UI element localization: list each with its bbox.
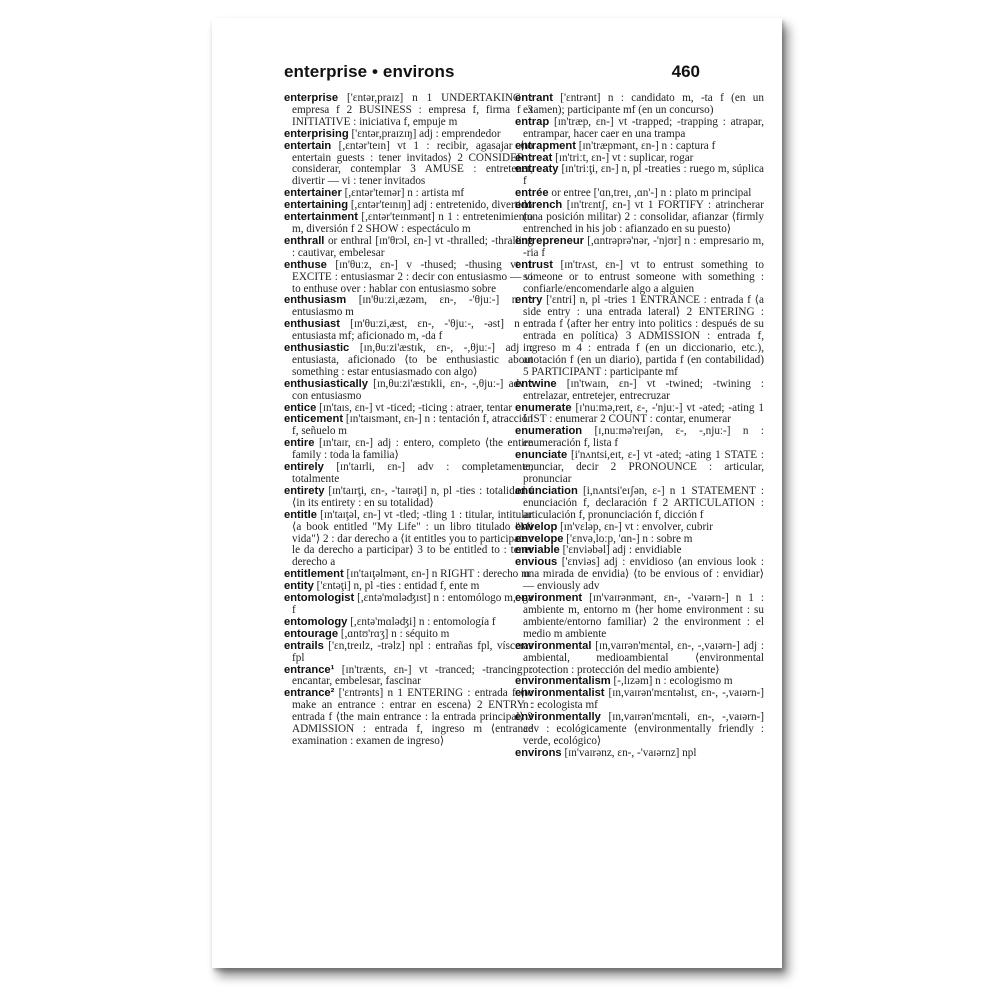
headword: environs (515, 747, 562, 759)
dictionary-entry: entitle [ɪn'taɪţəl, ɛn-] vt -tled; -tlin… (284, 510, 533, 570)
headword: entreaty (515, 163, 559, 175)
dictionary-entry: entreaty [ɪn'triːţi, ɛn-] n, pl -treatie… (515, 164, 764, 188)
headword: entry (515, 294, 542, 306)
headword: enthusiastically (284, 378, 368, 390)
headword: enthusiastic (284, 342, 349, 354)
dictionary-entry: entirely [ɪn'taɪrli, ɛn-] adv : completa… (284, 462, 533, 486)
entry-definition: ['ɛnviəs] adj : envidioso ⟨an envious lo… (523, 556, 764, 592)
page-number: 460 (672, 62, 700, 82)
entry-definition: ['ɛn,treɪlz, -trəlz] npl : entrañas fpl,… (292, 640, 533, 664)
headword: entrant (515, 92, 553, 104)
headword: environmentally (515, 711, 601, 723)
entry-definition: [ɪn'taɪrţi, ɛn-, -'taɪrəţi] n, pl -ties … (292, 485, 533, 509)
right-column: entrant ['ɛntrənt] n : candidato m, -ta … (515, 93, 764, 760)
dictionary-entry: entrap [ɪn'træp, ɛn-] vt -trapped; -trap… (515, 117, 764, 141)
headword: enterprising (284, 128, 349, 140)
entry-definition: [ɪn'vaɪrənz, ɛn-, -'vaɪərnz] npl (562, 747, 697, 759)
dictionary-entry: enumerate [ɪ'nuːmə,reɪt, ɛ-, -'njuː-] vt… (515, 403, 764, 427)
headword: environmentalist (515, 687, 605, 699)
headword: entrapment (515, 140, 576, 152)
dictionary-entry: environment [ɪn'vaɪrənmənt, ɛn-, -'vaɪər… (515, 593, 764, 641)
entry-definition: [,ɑntʊ'rɑʒ] n : séquito m (338, 628, 449, 640)
dictionary-entry: entwine [ɪn'twaɪn, ɛn-] vt -twined; -twi… (515, 379, 764, 403)
dictionary-entry: enterprise ['ɛntər,praɪz] n 1 UNDERTAKIN… (284, 93, 533, 129)
entry-definition: [ɪn'taɪţəlmənt, ɛn-] n RIGHT : derecho m (344, 568, 530, 580)
entry-definition: [,ɛntər'teɪnɪŋ] adj : entretenido, diver… (348, 199, 532, 211)
headword: environment (515, 592, 582, 604)
headword: enthusiast (284, 318, 340, 330)
dictionary-entry: enumeration [ɪ,nuːmə'reɪʃən, ɛ-, -,njuː-… (515, 426, 764, 450)
headword: entrails (284, 640, 324, 652)
headword: entertainment (284, 211, 358, 223)
headword: entrée (515, 187, 549, 199)
entry-definition: or enthral [ɪn'θrɔl, ɛn-] vt -thralled; … (292, 235, 533, 259)
dictionary-entry: enthusiastically [ɪn,θuːzi'æstɪkli, ɛn-,… (284, 379, 533, 403)
dictionary-entry: entrance¹ [ɪn'trænts, ɛn-] vt -tranced; … (284, 665, 533, 689)
dictionary-entry: entrust [ɪn'trʌst, ɛn-] vt to entrust so… (515, 260, 764, 296)
dictionary-entry: entertain [,ɛntər'teɪn] vt 1 : recibir, … (284, 141, 533, 189)
entry-definition: ['ɛntəţi] n, pl -ties : entidad f, ente … (314, 580, 479, 592)
headword: enumerate (515, 402, 572, 414)
dictionary-entry: entirety [ɪn'taɪrţi, ɛn-, -'taɪrəţi] n, … (284, 486, 533, 510)
dictionary-entry: entrant ['ɛntrənt] n : candidato m, -ta … (515, 93, 764, 117)
headword: enthrall (284, 235, 324, 247)
headword: entertainer (284, 187, 342, 199)
entry-definition: [ɪn'triːt, ɛn-] vt : suplicar, rogar (552, 152, 693, 164)
headword: envelope (515, 533, 564, 545)
entry-definition: [ɪn'taɪs, ɛn-] vt -ticed; -ticing : atra… (316, 402, 512, 414)
headword: entrance² (284, 687, 334, 699)
headword: entourage (284, 628, 338, 640)
left-column: enterprise ['ɛntər,praɪz] n 1 UNDERTAKIN… (284, 93, 533, 748)
headword: entrepreneur (515, 235, 584, 247)
dictionary-entry: entrepreneur [,ɑntrəprə'nər, -'njʊr] n :… (515, 236, 764, 260)
dictionary-entry: entire [ɪn'taɪr, ɛn-] adj : entero, comp… (284, 438, 533, 462)
entry-definition: ['ɛntri] n, pl -tries 1 ENTRANCE : entra… (523, 294, 764, 377)
dictionary-entry: enthusiastic [ɪn,θuːzi'æstɪk, ɛn-, -,θju… (284, 343, 533, 379)
entry-definition: ['ɛntrənt] n : candidato m, -ta f (en un… (523, 92, 764, 116)
headword: entrap (515, 116, 549, 128)
headword: environmentalism (515, 675, 611, 687)
headword: enunciation (515, 485, 578, 497)
entry-definition: [,ɛntər'teɪnər] n : artista mf (342, 187, 464, 199)
entry-definition: [ɪn'taɪţəl, ɛn-] vt -tled; -tling 1 : ti… (292, 509, 533, 569)
entry-definition: [ɪn'taɪr, ɛn-] adj : entero, completo ⟨t… (292, 437, 533, 461)
dictionary-entry: enthuse [ɪn'θuːz, ɛn-] v -thused; -thusi… (284, 260, 533, 296)
dictionary-entry: environmental [ɪn,vaɪrən'mɛntəl, ɛn-, -,… (515, 641, 764, 677)
dictionary-entry: enthusiasm [ɪn'θuːzi,æzəm, ɛn-, -'θjuː-]… (284, 295, 533, 319)
headword: entreat (515, 152, 552, 164)
headword: enviable (515, 544, 560, 556)
headword: entomology (284, 616, 347, 628)
headword: entwine (515, 378, 557, 390)
entry-definition: [ɪn'twaɪn, ɛn-] vt -twined; -twining : e… (523, 378, 764, 402)
headword: enumeration (515, 425, 582, 437)
dictionary-entry: environs [ɪn'vaɪrənz, ɛn-, -'vaɪərnz] np… (515, 748, 764, 760)
entry-definition: [ɪn'trʌst, ɛn-] vt to entrust something … (523, 259, 764, 295)
entry-definition: [ɪn'taɪrli, ɛn-] adv : completamente, to… (292, 461, 533, 485)
headword: entitlement (284, 568, 344, 580)
headword: entire (284, 437, 314, 449)
dictionary-entry: environmentally [ɪn,vaɪrən'mɛntəli, ɛn-,… (515, 712, 764, 748)
dictionary-entry: entrance² ['ɛntrənts] n 1 ENTERING : ent… (284, 688, 533, 748)
headword: envious (515, 556, 557, 568)
dictionary-entry: entry ['ɛntri] n, pl -tries 1 ENTRANCE :… (515, 295, 764, 378)
entry-definition: [ɪn'træpmənt, ɛn-] n : captura f (576, 140, 715, 152)
entry-definition: [ɪn'triːţi, ɛn-] n, pl -treaties : ruego… (523, 163, 764, 187)
headword: entitle (284, 509, 317, 521)
headword: entrance¹ (284, 664, 334, 676)
headword: entirety (284, 485, 324, 497)
entry-definition: [ɪn'vɛləp, ɛn-] vt : envolver, cubrir (557, 521, 713, 533)
headword: enunciate (515, 449, 567, 461)
guide-words: enterprise • environs (284, 62, 455, 82)
dictionary-entry: enunciate [i'nʌntsi,eɪt, ɛ-] vt -ated; -… (515, 450, 764, 486)
headword: entrust (515, 259, 553, 271)
headword: entrench (515, 199, 562, 211)
headword: enthusiasm (284, 294, 346, 306)
entry-definition: [ɪn'θuːz, ɛn-] v -thused; -thusing vt 1 … (292, 259, 533, 295)
page-header: enterprise • environs 460 (284, 62, 700, 86)
entry-definition: [-,lɪzəm] n : ecologismo m (611, 675, 733, 687)
dictionary-entry: enthrall or enthral [ɪn'θrɔl, ɛn-] vt -t… (284, 236, 533, 260)
dictionary-entry: entrails ['ɛn,treɪlz, -trəlz] npl : entr… (284, 641, 533, 665)
dictionary-entry: enthusiast [ɪn'θuːzi,æst, ɛn-, -'θjuː-, … (284, 319, 533, 343)
entry-definition: ['ɛnvə,loːp, 'ɑn-] n : sobre m (564, 533, 693, 545)
entry-definition: [,ɛntə'mɑləʤi] n : entomología f (347, 616, 495, 628)
headword: entertaining (284, 199, 348, 211)
dictionary-entry: entrench [ɪn'trɛntʃ, ɛn-] vt 1 FORTIFY :… (515, 200, 764, 236)
dictionary-entry: envious ['ɛnviəs] adj : envidioso ⟨an en… (515, 557, 764, 593)
headword: entirely (284, 461, 324, 473)
headword: enthuse (284, 259, 327, 271)
headword: entity (284, 580, 314, 592)
dictionary-page: enterprise • environs 460 enterprise ['ɛ… (212, 18, 782, 968)
dictionary-entry: enunciation [i,nʌntsi'eɪʃən, ɛ-] n 1 STA… (515, 486, 764, 522)
dictionary-entry: entertainment [,ɛntər'teɪnmənt] n 1 : en… (284, 212, 533, 236)
dictionary-entry: entomologist [,ɛntə'mɑləʤɪst] n : entomó… (284, 593, 533, 617)
headword: envelop (515, 521, 557, 533)
entry-definition: or entree ['ɑn,treɪ, ,ɑn'-] n : plato m … (549, 187, 752, 199)
dictionary-entry: enticement [ɪn'taɪsmənt, ɛn-] n : tentac… (284, 414, 533, 438)
dictionary-entry: environmentalist [ɪn,vaɪrən'mɛntəlɪst, ɛ… (515, 688, 764, 712)
entry-definition: ['ɛntər,praɪzɪŋ] adj : emprendedor (349, 128, 501, 140)
headword: environmental (515, 640, 591, 652)
headword: entertain (284, 140, 331, 152)
headword: enticement (284, 413, 343, 425)
entry-definition: ['ɛnviəbəl] adj : envidiable (560, 544, 682, 556)
headword: enterprise (284, 92, 338, 104)
entry-definition: [ɪn'træp, ɛn-] vt -trapped; -trapping : … (523, 116, 764, 140)
headword: entice (284, 402, 316, 414)
headword: entomologist (284, 592, 354, 604)
